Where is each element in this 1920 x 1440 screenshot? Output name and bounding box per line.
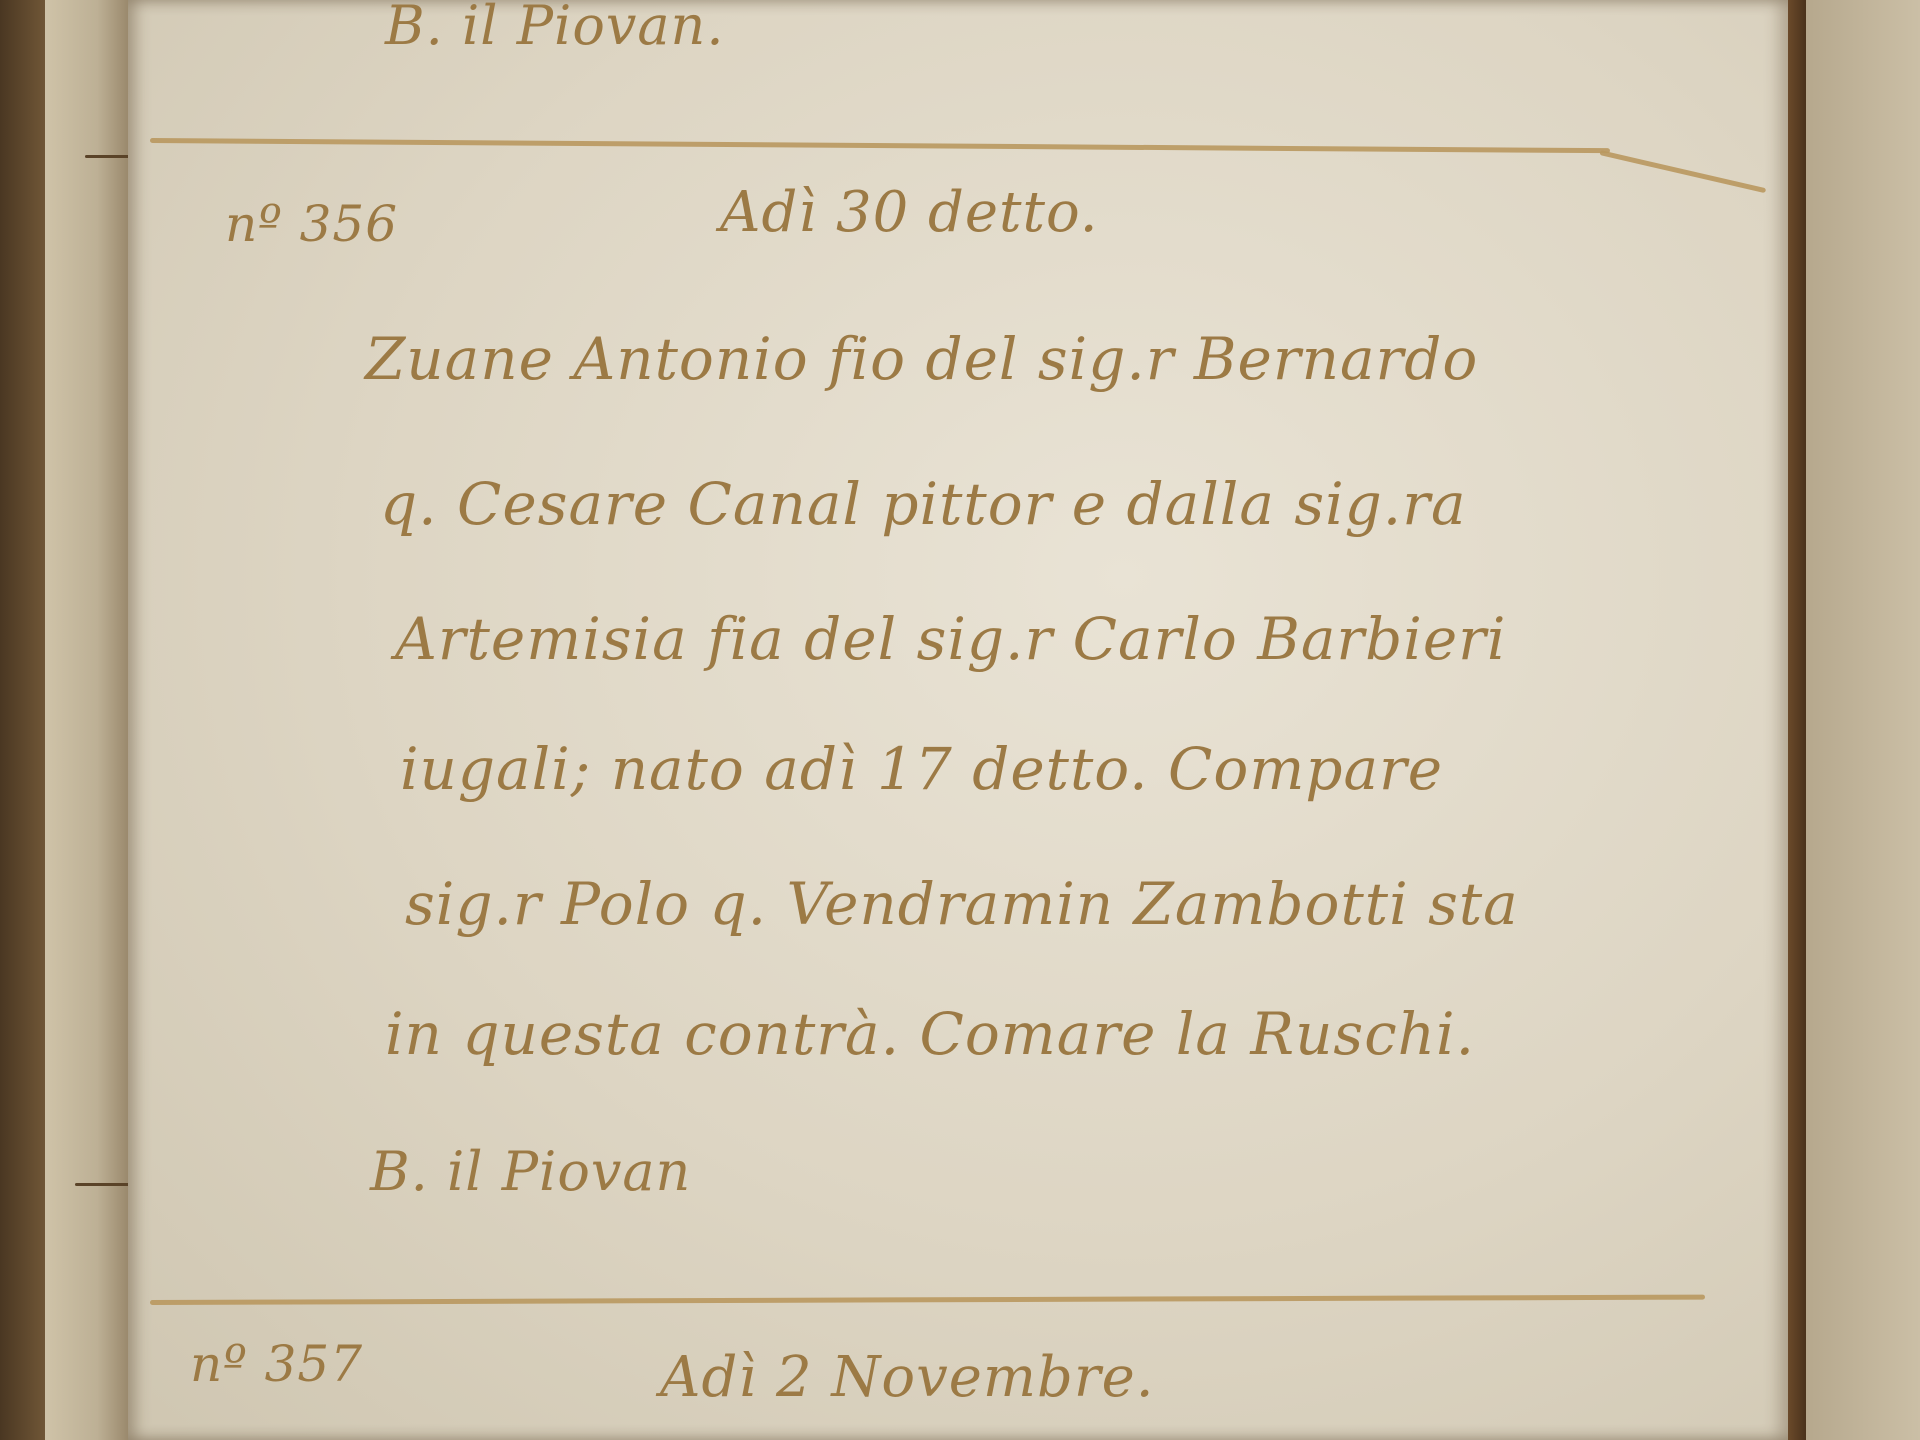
page-gutter-edge — [1788, 0, 1806, 1440]
facing-page — [1806, 0, 1920, 1440]
entry-line: in questa contrà. Comare la Ruschi. — [385, 1000, 1475, 1068]
entry-line: Artemisia fia del sig.r Carlo Barbieri — [395, 605, 1506, 673]
previous-entry-signature: B. il Piovan. — [385, 0, 724, 57]
page-edge-mark — [75, 1183, 135, 1186]
entry-line: q. Cesare Canal pittor e dalla sig.ra — [380, 470, 1467, 538]
entry-number: nº 356 — [225, 195, 398, 253]
entry-date-heading: Adì 2 Novembre. — [660, 1345, 1155, 1410]
entry-number: nº 357 — [190, 1335, 363, 1393]
entry-line: Zuane Antonio fio del sig.r Bernardo — [365, 325, 1478, 393]
entry-line: sig.r Polo q. Vendramin Zambotti sta — [405, 870, 1519, 938]
entry-line: iugali; nato adì 17 detto. Compare — [400, 735, 1443, 803]
entry-date-heading: Adì 30 detto. — [720, 180, 1099, 245]
entry-signature: B. il Piovan — [370, 1140, 691, 1203]
underlying-page-edges — [45, 0, 140, 1440]
